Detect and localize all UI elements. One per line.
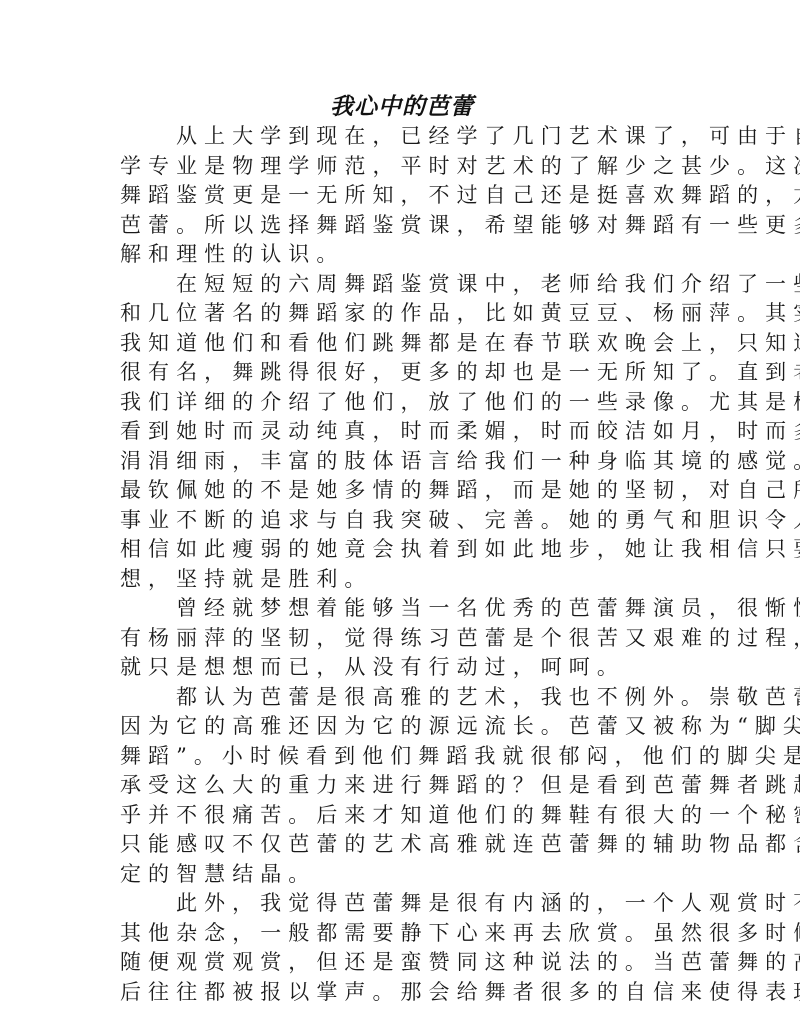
text-line: 从上大学到现在，已经学了几门艺术课了，可由于自己所 (120, 122, 690, 152)
text-line: 曾经就梦想着能够当一名优秀的芭蕾舞演员，很惭愧我没 (120, 594, 690, 624)
text-line: 其他杂念，一般都需要静下心来再去欣赏。虽然很多时候我就 (120, 919, 690, 949)
paragraph: 在短短的六周舞蹈鉴赏课中，老师给我们介绍了一些舞种和几位著名的舞蹈家的作品，比如… (120, 270, 690, 595)
paragraph: 此外，我觉得芭蕾舞是很有内涵的，一个人观赏时不能有其他杂念，一般都需要静下心来再… (120, 889, 690, 1007)
paragraph: 曾经就梦想着能够当一名优秀的芭蕾舞演员，很惭愧我没有杨丽萍的坚韧，觉得练习芭蕾是… (120, 594, 690, 683)
text-line: 涓涓细雨，丰富的肢体语言给我们一种身临其境的感觉。而我 (120, 447, 690, 477)
text-line: 在短短的六周舞蹈鉴赏课中，老师给我们介绍了一些舞种 (120, 270, 690, 300)
text-line: 都认为芭蕾是很高雅的艺术，我也不例外。崇敬芭蕾不但 (120, 683, 690, 713)
text-line: 解和理性的认识。 (120, 240, 690, 270)
text-line: 有杨丽萍的坚韧，觉得练习芭蕾是个很苦又艰难的过程，所以 (120, 624, 690, 654)
text-line: 定的智慧结晶。 (120, 860, 690, 890)
text-line: 我们详细的介绍了他们，放了他们的一些录像。尤其是杨丽萍， (120, 388, 690, 418)
text-line: 此外，我觉得芭蕾舞是很有内涵的，一个人观赏时不能有 (120, 889, 690, 919)
paragraph: 都认为芭蕾是很高雅的艺术，我也不例外。崇敬芭蕾不但因为它的高雅还因为它的源远流长… (120, 683, 690, 890)
document-page: 我心中的芭蕾 从上大学到现在，已经学了几门艺术课了，可由于自己所学专业是物理学师… (120, 92, 690, 1007)
text-line: 最钦佩她的不是她多情的舞蹈，而是她的坚韧，对自己所爱的 (120, 476, 690, 506)
text-line: 看到她时而灵动纯真，时而柔媚，时而皎洁如月，时而多情如 (120, 417, 690, 447)
text-line: 舞蹈”。小时候看到他们舞蹈我就很郁闷，他们的脚尖是如何 (120, 742, 690, 772)
document-title: 我心中的芭蕾 (114, 92, 690, 122)
text-line: 和几位著名的舞蹈家的作品，比如黄豆豆、杨丽萍。其实之前 (120, 299, 690, 329)
text-line: 想，坚持就是胜利。 (120, 565, 690, 595)
text-line: 随便观赏观赏，但还是蛮赞同这种说法的。当芭蕾舞的高潮过 (120, 948, 690, 978)
text-line: 我知道他们和看他们跳舞都是在春节联欢晚会上，只知道他们 (120, 329, 690, 359)
text-line: 芭蕾。所以选择舞蹈鉴赏课，希望能够对舞蹈有一些更多的了 (120, 211, 690, 241)
document-body: 从上大学到现在，已经学了几门艺术课了，可由于自己所学专业是物理学师范，平时对艺术… (120, 122, 690, 1007)
text-line: 承受这么大的重力来进行舞蹈的？但是看到芭蕾舞者跳起来似 (120, 771, 690, 801)
text-line: 事业不断的追求与自我突破、完善。她的勇气和胆识令人难以 (120, 506, 690, 536)
text-line: 后往往都被报以掌声。那会给舞者很多的自信来使得表现的很 (120, 978, 690, 1008)
text-line: 学专业是物理学师范，平时对艺术的了解少之甚少。这次选的 (120, 152, 690, 182)
text-line: 因为它的高雅还因为它的源远流长。芭蕾又被称为“脚尖上的 (120, 712, 690, 742)
text-line: 舞蹈鉴赏更是一无所知，不过自己还是挺喜欢舞蹈的，尤其是 (120, 181, 690, 211)
text-line: 乎并不很痛苦。后来才知道他们的舞鞋有很大的一个秘密。我 (120, 801, 690, 831)
text-line: 很有名，舞跳得很好，更多的却也是一无所知了。直到老师给 (120, 358, 690, 388)
text-line: 相信如此瘦弱的她竟会执着到如此地步，她让我相信只要有梦 (120, 535, 690, 565)
paragraph: 从上大学到现在，已经学了几门艺术课了，可由于自己所学专业是物理学师范，平时对艺术… (120, 122, 690, 270)
text-line: 只能感叹不仅芭蕾的艺术高雅就连芭蕾舞的辅助物品都含有一 (120, 830, 690, 860)
text-line: 就只是想想而已，从没有行动过，呵呵。 (120, 653, 690, 683)
